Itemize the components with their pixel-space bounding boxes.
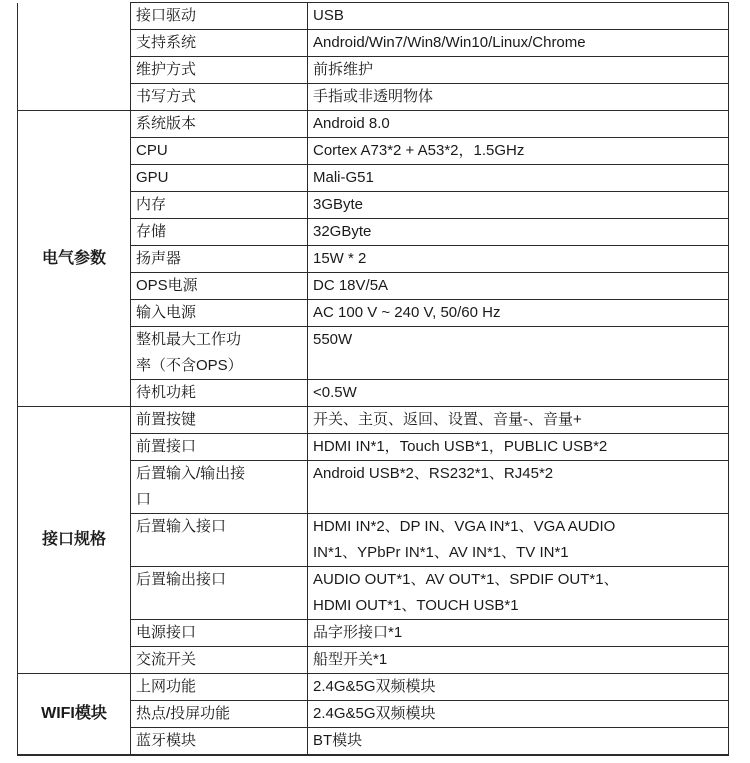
- spec-table-body: 接口驱动USB支持系统Android/Win7/Win8/Win10/Linux…: [18, 3, 729, 756]
- category-cell-empty: [18, 3, 131, 111]
- spec-label-cell: 电源接口: [131, 620, 308, 647]
- spec-value-cell: 开关、主页、返回、设置、音量-、音量+: [308, 407, 729, 434]
- spec-label-cell: 支持系统: [131, 30, 308, 57]
- spec-value-cell: 15W * 2: [308, 246, 729, 273]
- spec-value-cell: Android/Win7/Win8/Win10/Linux/Chrome: [308, 30, 729, 57]
- spec-row: 接口规格前置按键开关、主页、返回、设置、音量-、音量+: [18, 407, 729, 434]
- spec-label-cell: 扬声器: [131, 246, 308, 273]
- spec-label-cell: 维护方式: [131, 57, 308, 84]
- spec-label-cell: 系统版本: [131, 111, 308, 138]
- spec-label-cell: 内存: [131, 192, 308, 219]
- spec-value-cell: 2.4G&5G双频模块: [308, 701, 729, 728]
- spec-label-cell: 交流开关: [131, 647, 308, 674]
- spec-value-cell: 3GByte: [308, 192, 729, 219]
- spec-label-cell: 接口驱动: [131, 3, 308, 30]
- spec-label-cell: 整机最大工作功 率（不含OPS）: [131, 327, 308, 380]
- spec-table: 接口驱动USB支持系统Android/Win7/Win8/Win10/Linux…: [17, 2, 729, 756]
- spec-value-cell: 2.4G&5G双频模块: [308, 674, 729, 701]
- spec-value-cell: HDMI IN*2、DP IN、VGA IN*1、VGA AUDIO IN*1、…: [308, 514, 729, 567]
- spec-value-cell: 前拆维护: [308, 57, 729, 84]
- spec-value-cell: <0.5W: [308, 380, 729, 407]
- spec-value-cell: AC 100 V ~ 240 V, 50/60 Hz: [308, 300, 729, 327]
- spec-label-cell: 热点/投屏功能: [131, 701, 308, 728]
- spec-value-cell: 32GByte: [308, 219, 729, 246]
- spec-value-cell: Mali-G51: [308, 165, 729, 192]
- spec-value-cell: 品字形接口*1: [308, 620, 729, 647]
- spec-label-cell: 上网功能: [131, 674, 308, 701]
- spec-label-cell: GPU: [131, 165, 308, 192]
- spec-label-cell: 后置输入接口: [131, 514, 308, 567]
- spec-label-cell: 书写方式: [131, 84, 308, 111]
- spec-label-cell: 后置输出接口: [131, 567, 308, 620]
- spec-value-cell: Android USB*2、RS232*1、RJ45*2: [308, 461, 729, 514]
- spec-value-cell: HDMI IN*1，Touch USB*1，PUBLIC USB*2: [308, 434, 729, 461]
- spec-value-cell: Cortex A73*2 + A53*2，1.5GHz: [308, 138, 729, 165]
- spec-label-cell: CPU: [131, 138, 308, 165]
- spec-row: 接口驱动USB: [18, 3, 729, 30]
- spec-label-cell: 输入电源: [131, 300, 308, 327]
- spec-value-cell: 船型开关*1: [308, 647, 729, 674]
- spec-label-cell: 前置接口: [131, 434, 308, 461]
- spec-value-cell: DC 18V/5A: [308, 273, 729, 300]
- spec-label-cell: 蓝牙模块: [131, 728, 308, 756]
- spec-value-cell: AUDIO OUT*1、AV OUT*1、SPDIF OUT*1、 HDMI O…: [308, 567, 729, 620]
- spec-sheet-page: 接口驱动USB支持系统Android/Win7/Win8/Win10/Linux…: [0, 0, 750, 763]
- spec-table-container: 接口驱动USB支持系统Android/Win7/Win8/Win10/Linux…: [17, 2, 728, 756]
- spec-label-cell: OPS电源: [131, 273, 308, 300]
- spec-value-cell: USB: [308, 3, 729, 30]
- spec-value-cell: Android 8.0: [308, 111, 729, 138]
- category-cell-electrical: 电气参数: [18, 111, 131, 407]
- spec-label-cell: 后置输入/输出接 口: [131, 461, 308, 514]
- spec-value-cell: 550W: [308, 327, 729, 380]
- category-cell-interfaces: 接口规格: [18, 407, 131, 674]
- spec-label-cell: 前置按键: [131, 407, 308, 434]
- category-cell-wifi: WIFI模块: [18, 674, 131, 756]
- spec-value-cell: 手指或非透明物体: [308, 84, 729, 111]
- spec-row: WIFI模块上网功能2.4G&5G双频模块: [18, 674, 729, 701]
- spec-label-cell: 待机功耗: [131, 380, 308, 407]
- spec-row: 电气参数系统版本Android 8.0: [18, 111, 729, 138]
- spec-label-cell: 存储: [131, 219, 308, 246]
- spec-value-cell: BT模块: [308, 728, 729, 756]
